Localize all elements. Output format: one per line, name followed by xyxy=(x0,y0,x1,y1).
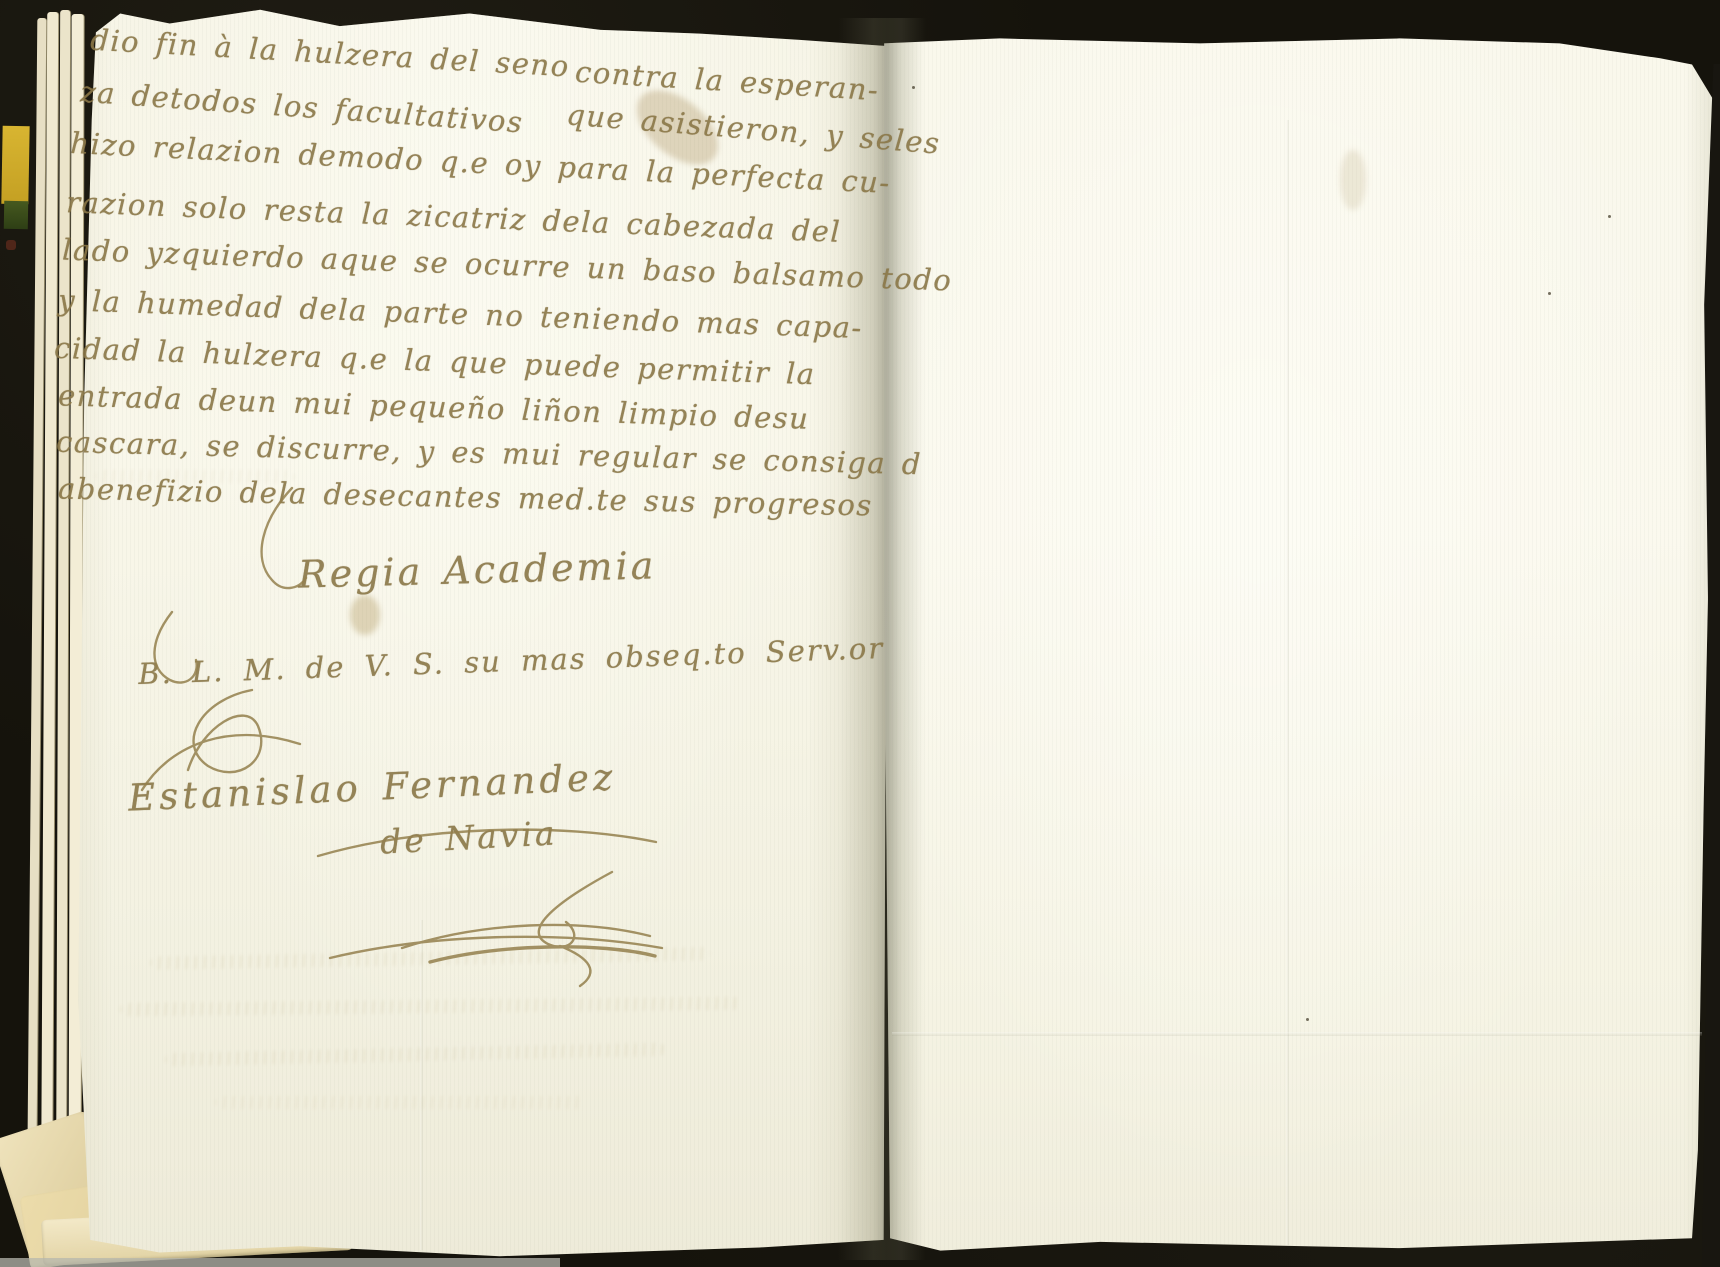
book-edge-green-strip xyxy=(4,201,28,229)
book-edge-yellow-strip xyxy=(1,126,29,204)
paper-speck xyxy=(912,86,915,89)
paper-speck xyxy=(1608,215,1611,218)
manuscript-scan: dio fin à la hulzera del seno contra la … xyxy=(0,0,1720,1267)
paper-speck xyxy=(1306,1018,1309,1021)
academy-heading: Regia Academia xyxy=(297,543,656,596)
paper-speck xyxy=(1548,292,1551,295)
book-edge-red-mark xyxy=(6,240,16,250)
scanner-bed-sliver xyxy=(0,1258,560,1267)
right-page xyxy=(880,26,1718,1267)
